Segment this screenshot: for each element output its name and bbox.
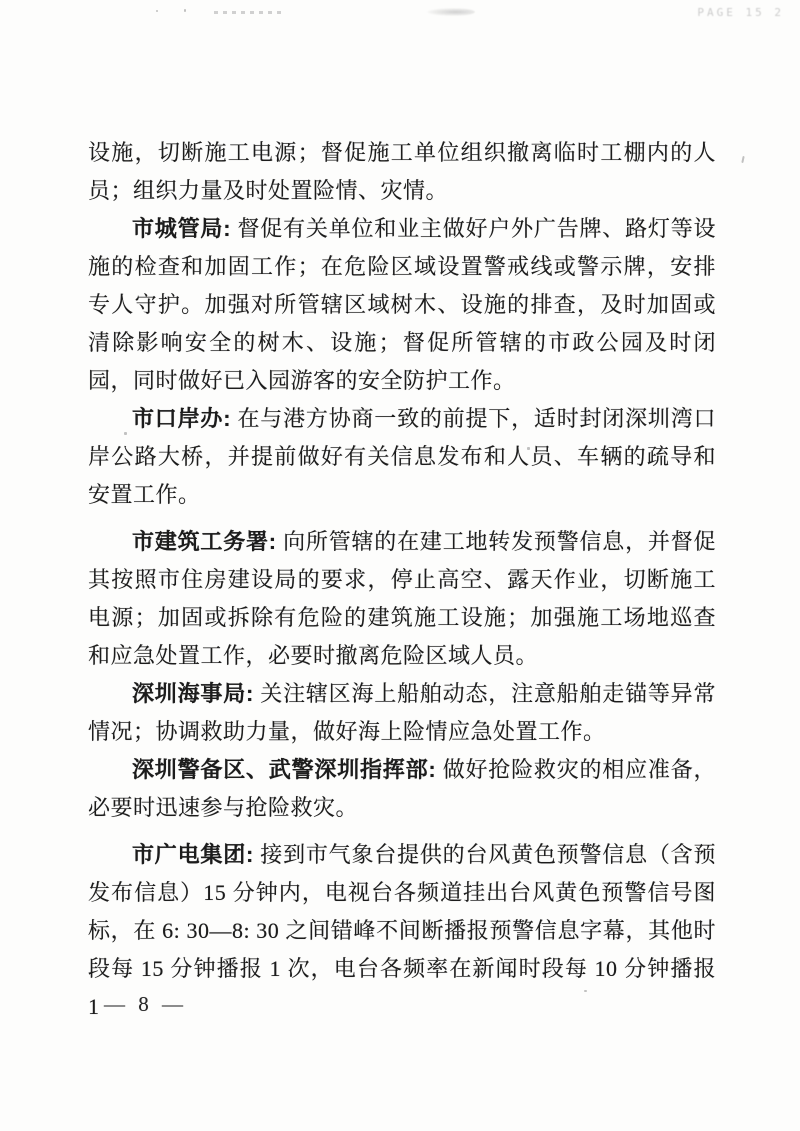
- paragraph-text: 督促有关单位和业主做好户外广告牌、路灯等设施的检查和加固工作；在危险区域设置警戒…: [88, 216, 716, 393]
- scan-speck: [184, 9, 186, 12]
- scan-speck: [741, 156, 744, 163]
- scan-dash-artifact: [214, 11, 284, 14]
- agency-name: 市广电集团:: [132, 842, 254, 867]
- paragraph-construction-works-bureau: 市建筑工务署:向所管辖的在建工地转发预警信息，并督促其按照市住房建设局的要求，停…: [88, 523, 716, 675]
- fax-header-text: PAGE 15 2: [697, 6, 784, 19]
- scan-smudge: [427, 8, 475, 16]
- paragraph-continuation: 设施，切断施工电源；督促施工单位组织撤离临时工棚内的人员；组织力量及时处置险情、…: [88, 134, 716, 210]
- paragraph-text: 设施，切断施工电源；督促施工单位组织撤离临时工棚内的人员；组织力量及时处置险情、…: [88, 140, 716, 203]
- scanned-document-page: PAGE 15 2 设施，切断施工电源；督促施工单位组织撤离临时工棚内的人员；组…: [0, 0, 800, 1131]
- agency-name: 市口岸办:: [132, 406, 231, 431]
- paragraph-maritime-bureau: 深圳海事局:关注辖区海上船舶动态，注意船舶走锚等异常情况；协调救助力量，做好海上…: [88, 675, 716, 751]
- agency-name: 市建筑工务署:: [132, 529, 277, 554]
- agency-name: 深圳海事局:: [132, 681, 254, 706]
- agency-name: 深圳警备区、武警深圳指挥部:: [132, 757, 436, 782]
- paragraph-port-office: 市口岸办:在与港方协商一致的前提下，适时封闭深圳湾口岸公路大桥，并提前做好有关信…: [88, 400, 716, 514]
- document-body: 设施，切断施工电源；督促施工单位组织撤离临时工棚内的人员；组织力量及时处置险情、…: [88, 134, 716, 1026]
- page-number: — 8 —: [104, 992, 187, 1017]
- agency-name: 市城管局:: [132, 216, 231, 241]
- paragraph-garrison-armed-police: 深圳警备区、武警深圳指挥部:做好抢险救灾的相应准备，必要时迅速参与抢险救灾。: [88, 751, 716, 827]
- paragraph-city-management-bureau: 市城管局:督促有关单位和业主做好户外广告牌、路灯等设施的检查和加固工作；在危险区…: [88, 210, 716, 400]
- scan-speck: [156, 10, 158, 12]
